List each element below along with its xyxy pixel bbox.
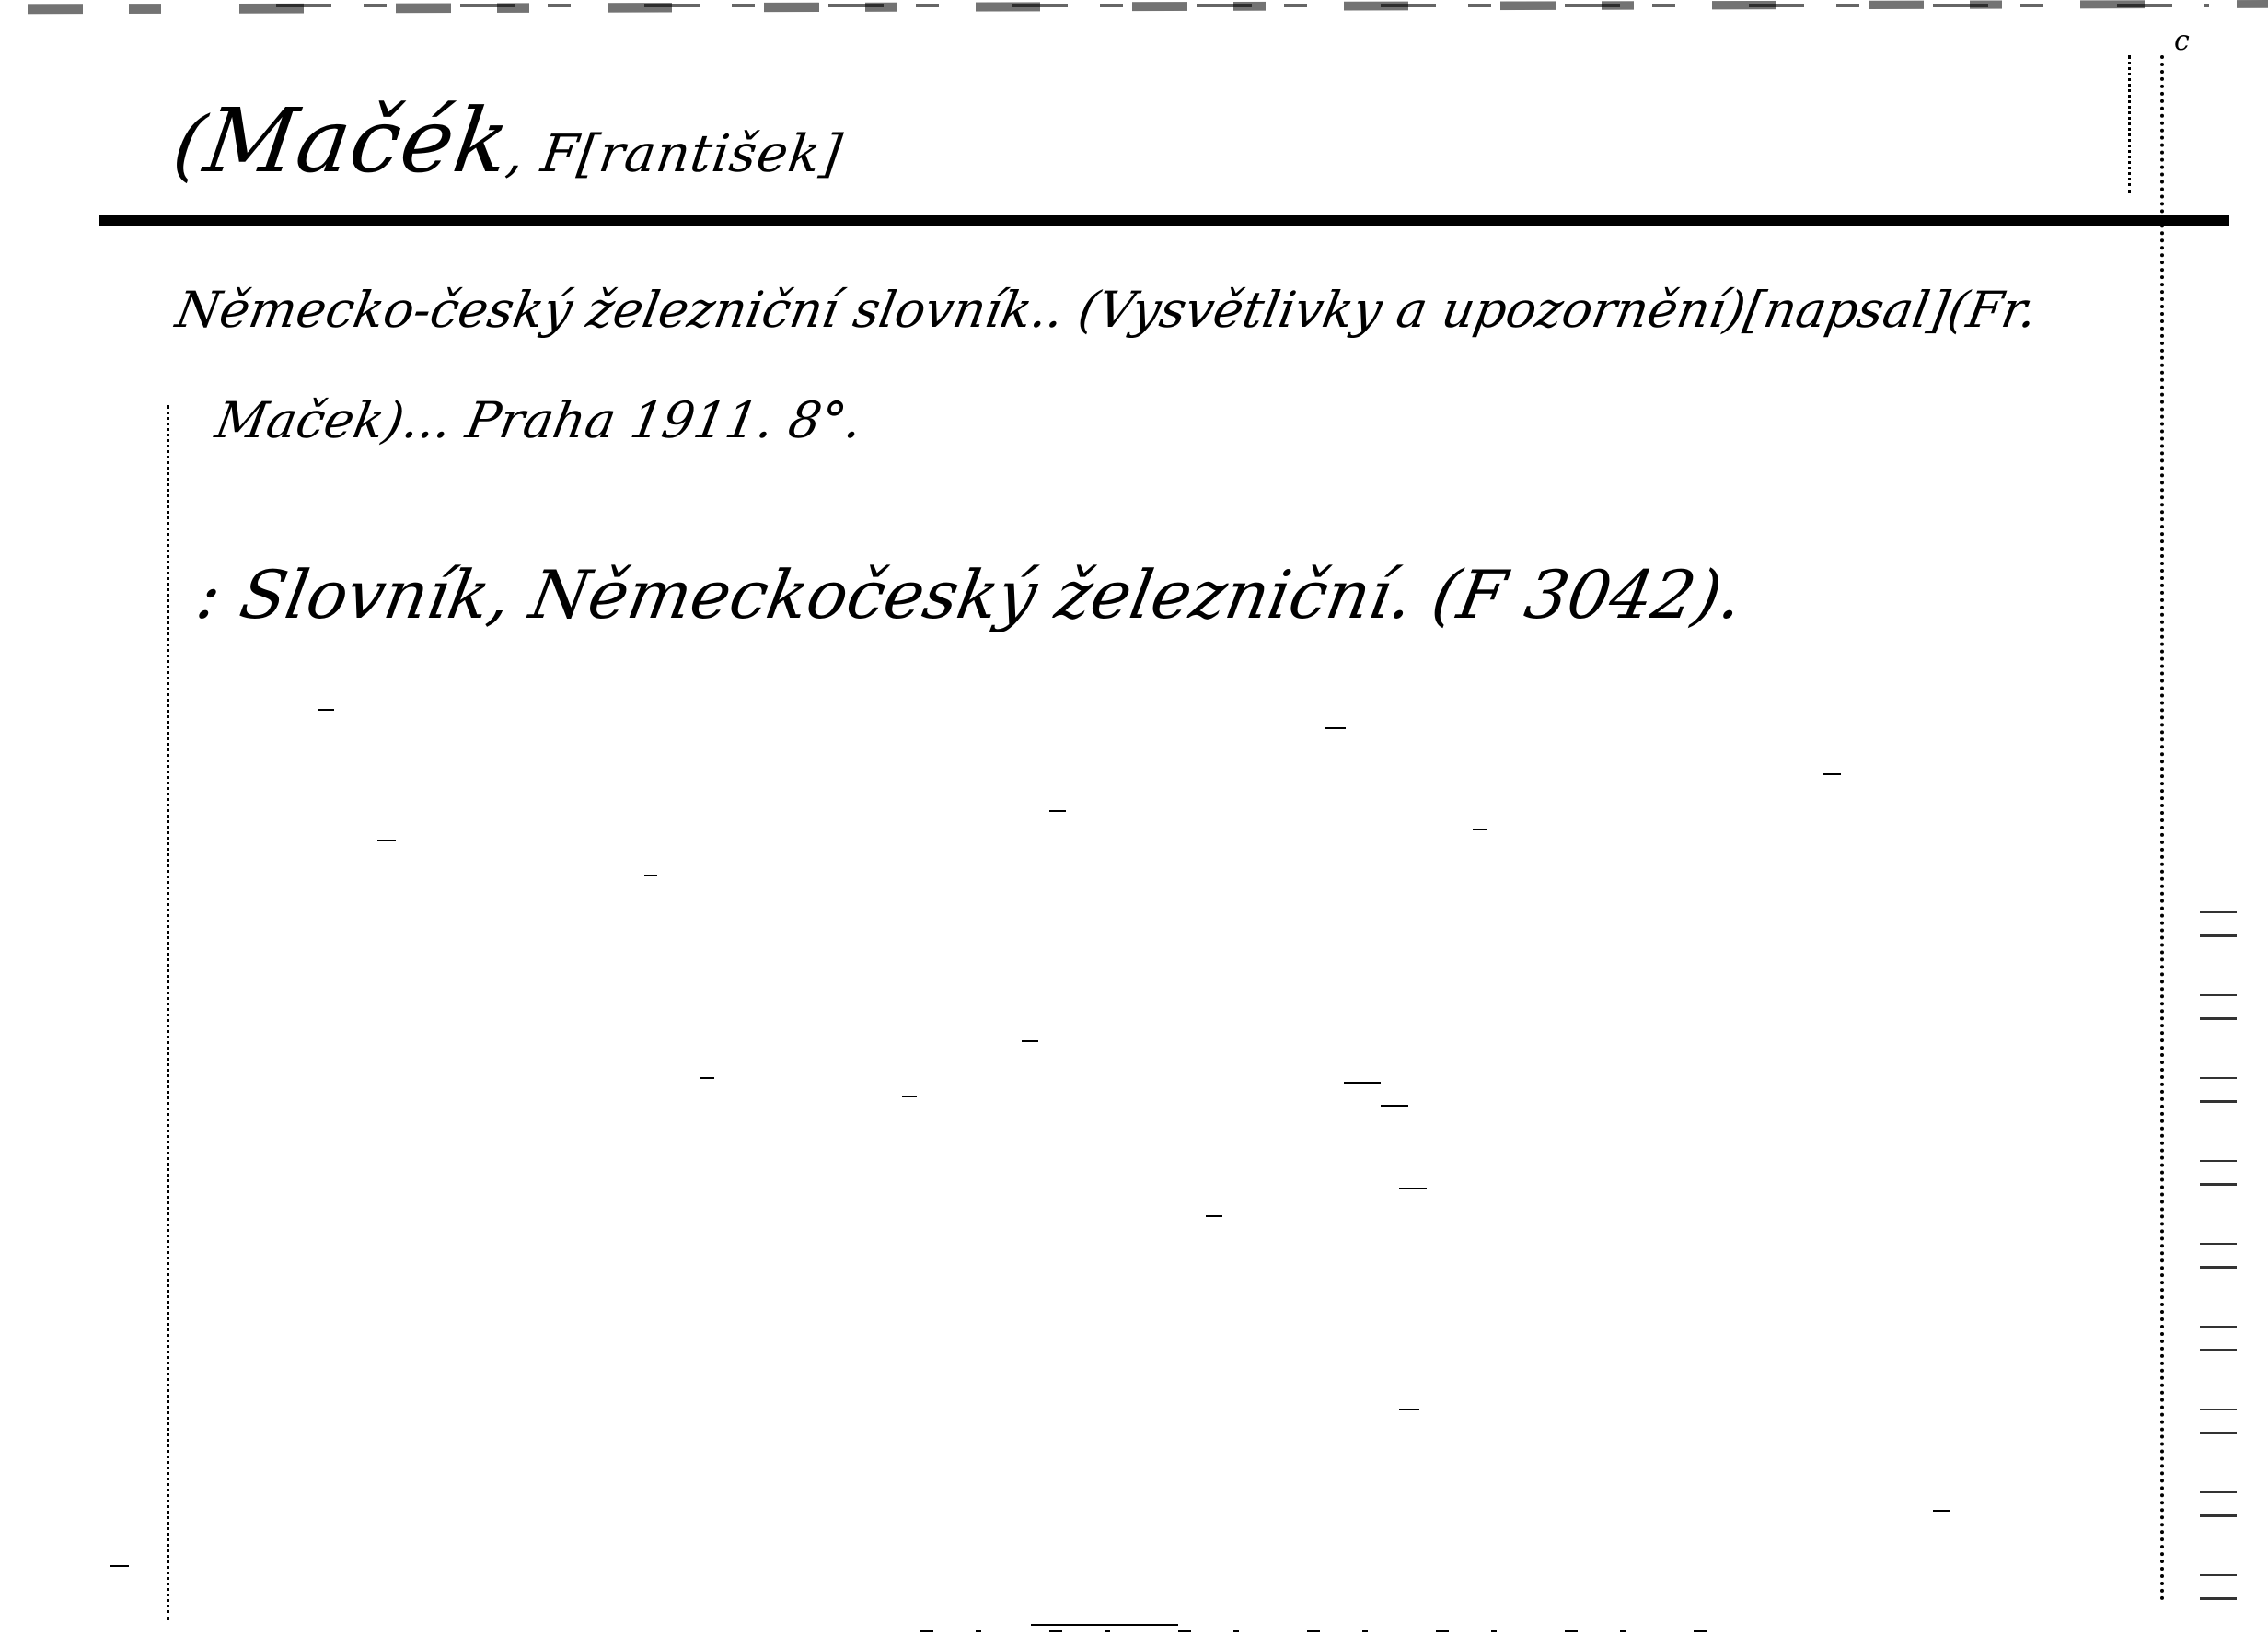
heading-rule [99,215,2229,226]
scan-speck [318,709,334,711]
scan-edge-noise-top-line [276,4,2209,7]
left-dotted-margin [167,405,169,1620]
scan-speck [1822,773,1841,775]
scan-speck [1399,1409,1419,1410]
subject-entry: : Slovník, Německočeský železniční. (F 3… [192,562,1748,628]
scan-speck [1206,1215,1222,1217]
entry-title-line-1: Německo-český železniční slovník.. (Vysv… [172,285,2041,335]
scan-speck [644,875,657,876]
scan-speck [1473,829,1487,830]
scan-edge-noise-bottom [920,1630,1749,1632]
scan-speck [700,1077,714,1079]
scan-speck [902,1096,917,1097]
scan-speck [377,840,396,841]
corner-mark: c [2174,28,2190,55]
scan-speck [1381,1105,1408,1107]
scan-speck [1325,727,1346,729]
scan-speck [1933,1510,1950,1512]
author-heading: (Mačék, F[rantišek] [168,97,850,185]
scan-speck [1399,1188,1427,1189]
catalog-card: c (Mačék, F[rantišek] Německo-český žele… [0,0,2268,1647]
scan-speck [1031,1624,1178,1626]
scan-speck [1344,1082,1381,1084]
scan-speck [1049,810,1066,812]
scan-edge-noise-right [2200,884,2237,1639]
heading-given-name: F[rantišek] [538,124,846,184]
right-dotted-margin-top [2128,55,2131,193]
entry-title-line-2: Maček)... Praha 1911. 8°. [212,396,865,446]
heading-surname: Mačék [199,89,516,192]
scan-speck [1022,1040,1038,1042]
scan-speck [110,1565,129,1567]
right-dotted-margin [2160,55,2164,1602]
